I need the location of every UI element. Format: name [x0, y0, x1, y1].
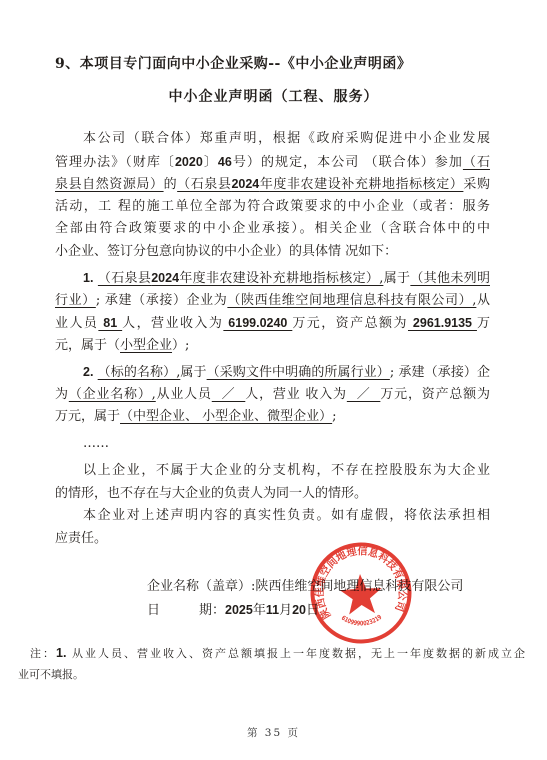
signature-company-line: 企业名称（盖章）:陕西佳维空间地理信息科技有限公司	[147, 576, 490, 599]
responsibility-line: 本企业对上述声明内容的真实性负责。如有虚假，将依法承担相	[55, 505, 490, 528]
declaration-paragraph-line: 管理办法》（财库〔2020〕46号）的规定，本公司 （联合体）参加（石	[55, 151, 490, 174]
document-page: 9、本项目专门面向中小企业采购--《中小企业声明函》 中小企业声明函（工程、服务…	[0, 0, 547, 760]
note-line: 注：1. 从业人员、营业收入、资产总额填报上一年度数据，无上一年度数据的新成立企	[18, 642, 525, 664]
declaration-paragraph-line: 全部由符合政策要求的中小企业承接）。相关企业（含联合体中的中	[55, 218, 490, 241]
enterprise-1-line: 1. （石泉县2024年度非农建设补充耕地指标核定）,属于（其他未列明	[55, 267, 490, 290]
declaration-paragraph-line: 泉县自然资源局）的（石泉县2024年度非农建设补充耕地指标核定）采购	[55, 173, 490, 196]
enterprise-1-line: 元，属于（小型企业）;	[55, 335, 490, 358]
no-large-enterprise-line: 的情形，也不存在与大企业的负责人为同一人的情形。	[55, 483, 490, 506]
enterprise-1-line: 业人员 81 人，营业收入为 6199.0240 万元，资产总额为 2961.9…	[55, 312, 490, 335]
enterprise-2-line: 2. （标的名称）,属于（采购文件中明确的所属行业）; 承建（承接）企业	[55, 361, 490, 384]
signature-date-line: 日 期：2025年11月20日	[147, 599, 490, 623]
document-title: 中小企业声明函（工程、服务）	[0, 89, 547, 105]
page-number: 第 35 页	[0, 725, 547, 740]
no-large-enterprise-line: 以上企业，不属于大企业的分支机构，不存在控股股东为大企业	[55, 460, 490, 483]
note-line: 业可不填报。	[18, 664, 525, 686]
responsibility-line: 应责任。	[55, 528, 490, 551]
declaration-paragraph-line: 小企业、签订分包意向协议的中小企业）的具体情 况如下：	[55, 241, 490, 264]
declaration-paragraph-line: 活动，工 程的施工单位全部为符合政策要求的中小企业（或者：服务	[55, 196, 490, 219]
declaration-paragraph-line: 本公司（联合体）郑重声明，根据《政府采购促进中小企业发展	[55, 128, 490, 151]
section-heading: 9、本项目专门面向中小企业采购--《中小企业声明函》	[55, 56, 547, 72]
ellipsis-line: ……	[55, 433, 490, 456]
enterprise-2-line: 万元，属于（中型企业、 小型企业、微型企业）;	[55, 406, 490, 429]
enterprise-1-line: 行业）; 承建（承接）企业为（陕西佳维空间地理信息科技有限公司）,从	[55, 290, 490, 313]
document-body: 本公司（联合体）郑重声明，根据《政府采购促进中小企业发展管理办法》（财库〔202…	[55, 128, 490, 686]
enterprise-2-line: 为（企业名称）,从业人员 ／ 人，营业 收入为 ／ 万元，资产总额为	[55, 384, 490, 407]
